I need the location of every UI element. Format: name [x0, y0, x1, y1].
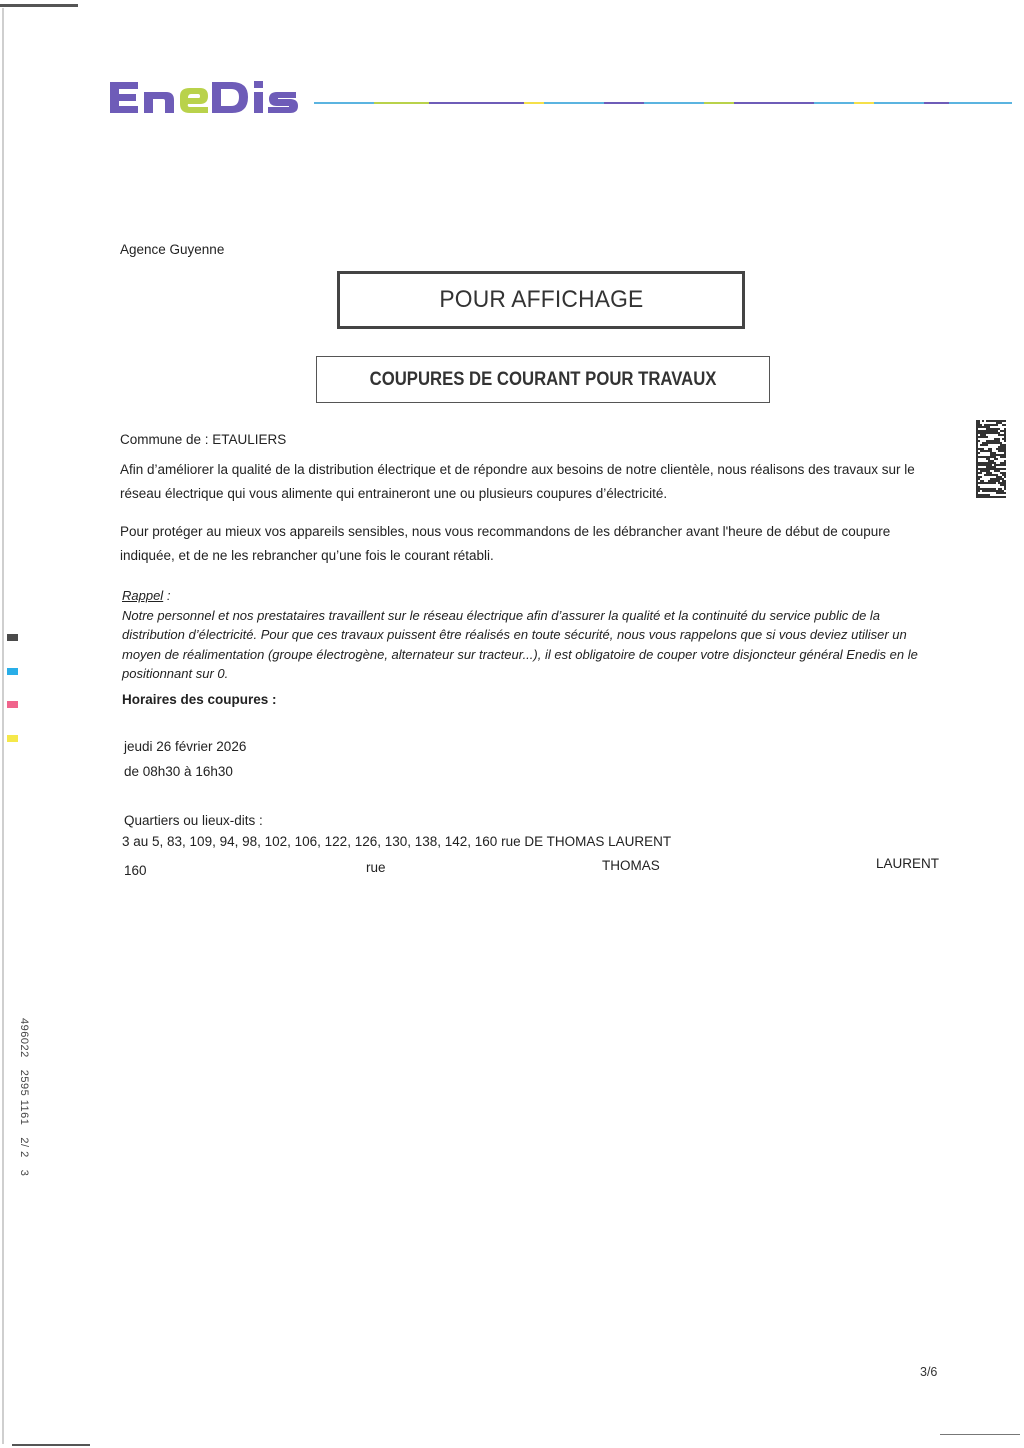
- schedule-heading: Horaires des coupures :: [122, 690, 277, 710]
- street-name-2: LAURENT: [876, 854, 939, 874]
- color-mark-yellow: [7, 735, 18, 742]
- street-number: 160: [124, 861, 147, 881]
- notice-title: POUR AFFICHAGE: [439, 286, 643, 314]
- page-number: 3/6: [920, 1362, 937, 1382]
- reminder-text: Notre personnel et nos prestataires trav…: [122, 608, 918, 682]
- reminder-block: Rappel : Notre personnel et nos prestata…: [122, 586, 942, 684]
- scan-artifact-top: [0, 4, 78, 7]
- margin-tracking-code: 4960222595 11612/ 23: [18, 1018, 30, 1188]
- color-mark-cyan: [7, 668, 18, 675]
- color-mark-black: [7, 634, 18, 641]
- notice-subtitle: COUPURES DE COURANT POUR TRAVAUX: [370, 369, 717, 391]
- outage-time: de 08h30 à 16h30: [124, 762, 233, 782]
- scan-artifact-left-edge: [2, 8, 4, 1444]
- intro-paragraph: Afin d’améliorer la qualité de la distri…: [120, 458, 940, 506]
- tracking-code-1: 496022: [18, 1018, 30, 1058]
- tracking-code-4: 3: [18, 1170, 30, 1177]
- outage-date: jeudi 26 février 2026: [124, 737, 246, 757]
- tracking-code-3: 2/ 2: [18, 1137, 30, 1157]
- street-type: rue: [366, 858, 386, 878]
- reminder-label-suffix: :: [163, 588, 170, 603]
- datamatrix-barcode-icon: [976, 420, 1006, 498]
- color-mark-magenta: [7, 701, 18, 708]
- enedis-logo: [108, 74, 300, 118]
- tracking-code-2: 2595 1161: [18, 1070, 30, 1126]
- recommendation-paragraph: Pour protéger au mieux vos appareils sen…: [120, 520, 940, 568]
- reminder-label: Rappel: [122, 588, 163, 603]
- commune: Commune de : ETAULIERS: [120, 430, 286, 450]
- notice-subtitle-box: COUPURES DE COURANT POUR TRAVAUX: [316, 356, 770, 403]
- scan-artifact-bottom-left: [12, 1444, 90, 1446]
- locations-line: 3 au 5, 83, 109, 94, 98, 102, 106, 122, …: [122, 832, 671, 852]
- scan-artifact-bottom-right: [940, 1434, 1020, 1435]
- notice-title-box: POUR AFFICHAGE: [337, 271, 745, 329]
- locations-label: Quartiers ou lieux-dits :: [124, 811, 263, 831]
- document-page: Agence Guyenne POUR AFFICHAGE COUPURES D…: [0, 0, 1024, 1448]
- header-color-rule: [314, 102, 1012, 105]
- street-name-1: THOMAS: [602, 856, 660, 876]
- agency-name: Agence Guyenne: [120, 240, 224, 260]
